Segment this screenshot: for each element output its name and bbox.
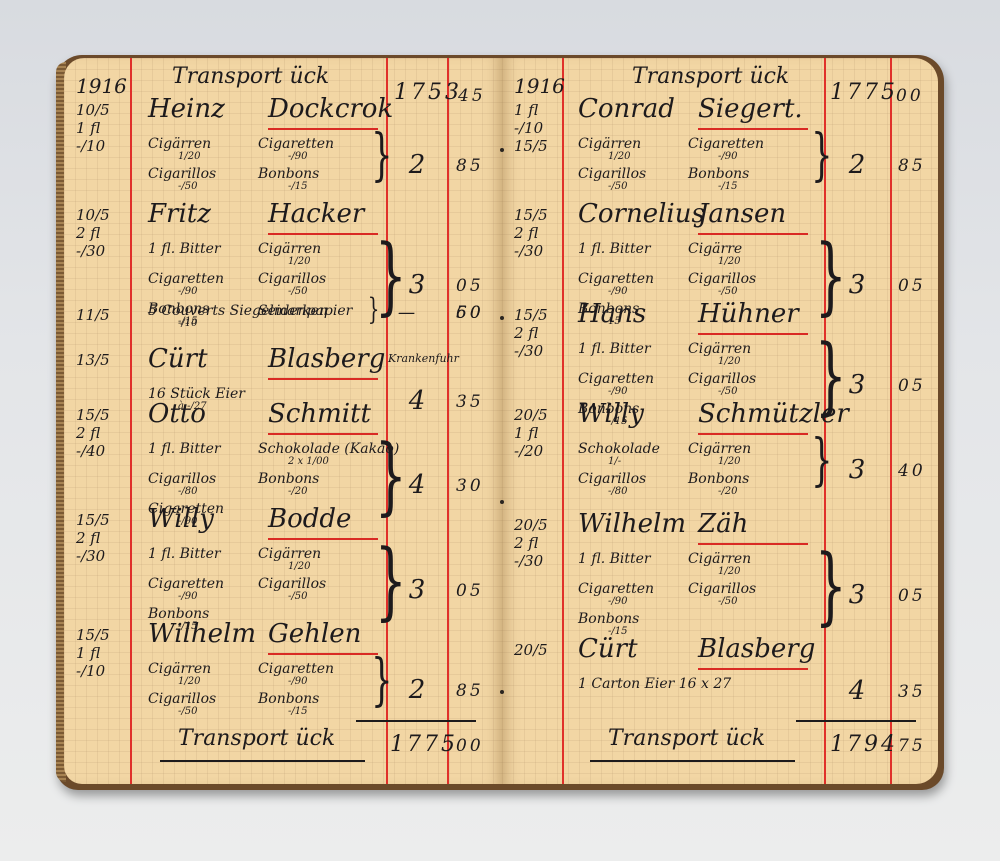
entry-total-pfennig: 05 <box>898 376 926 396</box>
carry-out-marks: 1794 <box>830 732 898 757</box>
line-item-name: Cigaretten <box>578 271 654 287</box>
line-item-price: -/15 <box>288 181 307 192</box>
entry-date: 1 fl <box>514 425 538 441</box>
line-item-name: Cigaretten <box>578 371 654 387</box>
label-underline <box>590 760 795 762</box>
line-item-name: Cigärre <box>688 241 742 257</box>
line-item-price: 1/20 <box>608 151 630 162</box>
line-item-name: Bonbons <box>688 471 749 487</box>
line-item-pfennig: 60 <box>456 303 484 323</box>
binding-stitch <box>500 316 504 320</box>
line-item-name: 1 fl. Bitter <box>578 551 651 567</box>
line-item-price: -/50 <box>718 286 737 297</box>
line-item-name: Cigärren <box>258 546 321 562</box>
name-underline <box>698 433 808 435</box>
name-underline <box>698 233 808 235</box>
entry-total-marks: 3 <box>392 575 442 605</box>
line-item-price: -/90 <box>608 386 627 397</box>
entry-date: 20/5 <box>514 407 548 423</box>
line-item-price: -/10 <box>178 318 197 329</box>
entry-date: -/30 <box>514 243 543 259</box>
line-item-name: Cigaretten <box>688 136 764 152</box>
entry-total-pfennig: 40 <box>898 461 926 481</box>
line-item-price: -/50 <box>178 706 197 717</box>
customer-first-name: Fritz <box>148 199 211 229</box>
customer-last-name: Jansen <box>698 199 786 229</box>
entry-date: 11/5 <box>76 307 110 323</box>
line-item-price: -/90 <box>178 591 197 602</box>
entry-total-pfennig: 05 <box>898 586 926 606</box>
line-item-name: Bonbons <box>258 166 319 182</box>
entry-total-marks: 4 <box>832 676 882 706</box>
label-underline <box>160 760 365 762</box>
entry-total-marks: 3 <box>392 270 442 300</box>
entry-date: 2 fl <box>514 325 538 341</box>
entry-date: -/30 <box>76 243 105 259</box>
entry-total-pfennig: 35 <box>456 392 484 412</box>
pfennig-column-rule <box>447 58 449 784</box>
line-item-marks: — <box>398 303 418 323</box>
name-underline <box>268 233 378 235</box>
customer-first-name: Willy <box>148 504 214 534</box>
entry-date: 2 fl <box>76 225 100 241</box>
entry-total-pfennig: 05 <box>456 581 484 601</box>
line-item-price: -/80 <box>608 486 627 497</box>
entry-date: -/10 <box>514 120 543 136</box>
entry-total-pfennig: 35 <box>898 682 926 702</box>
line-item-name: 1 fl. Bitter <box>148 546 221 562</box>
year: 1916 <box>514 78 565 94</box>
customer-last-name: Bodde <box>268 504 351 534</box>
customer-last-name: Blasberg <box>698 634 815 664</box>
entry-date: 2 fl <box>76 530 100 546</box>
entry-total-marks: 2 <box>392 150 442 180</box>
entry-total-marks: 4 <box>392 386 442 416</box>
entry-date: -/30 <box>514 553 543 569</box>
grouping-brace: } <box>811 433 832 489</box>
line-item-name: 1 fl. Bitter <box>578 341 651 357</box>
entry-date: 10/5 <box>76 102 110 118</box>
line-item-name: Cigärren <box>258 241 321 257</box>
line-item-name: Cigarillos <box>148 166 216 182</box>
line-item-price: 1/20 <box>718 256 740 267</box>
line-item-price: -/90 <box>178 286 197 297</box>
customer-last-name: Dockcrok <box>268 94 393 124</box>
entry-total-marks: 3 <box>832 580 882 610</box>
left-page: 1916 Transport ück 1753 45 10/51 fl-/10H… <box>64 58 502 784</box>
line-item-price: 1/20 <box>718 456 740 467</box>
line-item-price: -/15 <box>718 181 737 192</box>
carry-out-label: Transport ück <box>608 726 765 751</box>
customer-first-name: Heinz <box>148 94 225 124</box>
entry-date: 13/5 <box>76 352 110 368</box>
carry-in-marks: 1753 <box>394 80 462 105</box>
entry-date: -/30 <box>514 343 543 359</box>
entry-total-pfennig: 30 <box>456 476 484 496</box>
line-item-price: -/50 <box>288 591 307 602</box>
entry-date: 15/5 <box>514 138 548 154</box>
line-item-name: Cigaretten <box>258 136 334 152</box>
line-item-price: -/80 <box>178 486 197 497</box>
line-item-price: -/90 <box>718 151 737 162</box>
line-item-name: Cigärren <box>148 136 211 152</box>
line-item-name: Cigaretten <box>578 581 654 597</box>
entry-date: 20/5 <box>514 517 548 533</box>
entry-date: 10/5 <box>76 207 110 223</box>
entry-date: -/10 <box>76 663 105 679</box>
grouping-brace: } <box>371 128 392 184</box>
binding-stitch <box>500 690 504 694</box>
line-item-name: Cigarillos <box>148 471 216 487</box>
line-item-price: -/50 <box>178 181 197 192</box>
line-item-name: Cigarillos <box>258 271 326 287</box>
line-item-name: Cigärren <box>688 341 751 357</box>
line-item-price: -/90 <box>608 596 627 607</box>
customer-last-name: Siegert. <box>698 94 803 124</box>
customer-first-name: Cürt <box>148 344 208 374</box>
entry-date: 15/5 <box>76 407 110 423</box>
line-item-name: Cigarillos <box>148 691 216 707</box>
line-item-name: Cigarillos <box>578 166 646 182</box>
right-page: 1916 Transport ück 1775 00 1 fl-/1015/5C… <box>502 58 938 784</box>
binding-stitch <box>500 148 504 152</box>
grouping-brace: } <box>371 653 392 709</box>
line-item-name: Bonbons <box>688 166 749 182</box>
margin-rule <box>562 58 564 784</box>
line-item-name: Seidenpapier <box>258 303 352 319</box>
entry-date: 1 fl <box>514 102 538 118</box>
year: 1916 <box>76 78 127 94</box>
line-item-price: -/90 <box>608 286 627 297</box>
entry-date: -/40 <box>76 443 105 459</box>
line-item-name: Cigärren <box>688 551 751 567</box>
carry-out-pfennig: 75 <box>898 736 926 756</box>
carry-in-label: Transport ück <box>632 64 789 89</box>
line-item-name: 1 fl. Bitter <box>578 241 651 257</box>
name-underline <box>698 543 808 545</box>
carry-out-pfennig: 00 <box>456 736 484 756</box>
line-item-price: -/50 <box>718 596 737 607</box>
name-underline <box>698 128 808 130</box>
line-item-name: Cigärren <box>688 441 751 457</box>
entry-total-pfennig: 05 <box>456 276 484 296</box>
line-item-name: Cigaretten <box>148 271 224 287</box>
line-item-name: Bonbons <box>258 691 319 707</box>
name-underline <box>268 128 378 130</box>
entry-date: -/10 <box>76 138 105 154</box>
customer-first-name: Willy <box>578 399 644 429</box>
line-item-name: Bonbons <box>578 611 639 627</box>
entry-total-marks: 3 <box>832 370 882 400</box>
margin-rule <box>130 58 132 784</box>
line-item-name: Cigarillos <box>578 471 646 487</box>
line-item-name: Schokolade <box>578 441 660 457</box>
grouping-brace: } <box>368 295 379 325</box>
name-underline <box>268 378 378 380</box>
customer-first-name: Conrad <box>578 94 675 124</box>
customer-last-name: Schmützler <box>698 399 849 429</box>
entry-date: 1 fl <box>76 645 100 661</box>
entry-date: 15/5 <box>76 627 110 643</box>
customer-note: Krankenfuhr <box>388 352 459 365</box>
entry-total-pfennig: 85 <box>898 156 926 176</box>
line-item-name: Cigarillos <box>258 576 326 592</box>
customer-last-name: Blasberg <box>268 344 385 374</box>
line-item-price: -/15 <box>288 706 307 717</box>
customer-first-name: Cornelius <box>578 199 705 229</box>
carry-out-label: Transport ück <box>178 726 335 751</box>
entry-date: 20/5 <box>514 642 548 658</box>
line-item-name: Cigaretten <box>148 576 224 592</box>
line-item-name: Cigarillos <box>688 271 756 287</box>
grouping-brace: } <box>811 128 832 184</box>
entry-total-pfennig: 85 <box>456 156 484 176</box>
customer-last-name: Hühner <box>698 299 799 329</box>
line-item-price: 1/- <box>608 456 621 467</box>
line-item-name: Bonbons <box>258 471 319 487</box>
customer-last-name: Gehlen <box>268 619 361 649</box>
name-underline <box>268 538 378 540</box>
line-item-name: 1 fl. Bitter <box>148 241 221 257</box>
line-item-price: -/50 <box>288 286 307 297</box>
pfennig-column-rule <box>890 58 892 784</box>
line-item-price: -/50 <box>718 386 737 397</box>
customer-first-name: Wilhelm <box>148 619 256 649</box>
line-item-name: Cigärren <box>578 136 641 152</box>
entry-total-marks: 4 <box>392 470 442 500</box>
entry-total-marks: 3 <box>832 455 882 485</box>
line-item-price: 1/20 <box>288 256 310 267</box>
customer-last-name: Hacker <box>268 199 364 229</box>
customer-last-name: Zäh <box>698 509 748 539</box>
entry-date: 2 fl <box>76 425 100 441</box>
line-item-price: -/20 <box>288 486 307 497</box>
line-item-price: -/50 <box>608 181 627 192</box>
sum-rule <box>796 720 916 722</box>
entry-total-marks: 2 <box>832 150 882 180</box>
carry-in-pfennig: 00 <box>896 86 924 106</box>
customer-first-name: Wilhelm <box>578 509 686 539</box>
customer-first-name: Cürt <box>578 634 638 664</box>
line-item-name: Cigarillos <box>688 581 756 597</box>
carry-in-pfennig: 45 <box>458 86 486 106</box>
entry-date: 1 fl <box>76 120 100 136</box>
line-item-name: Cigarillos <box>688 371 756 387</box>
entry-date: 15/5 <box>76 512 110 528</box>
entry-date: 15/5 <box>514 207 548 223</box>
name-underline <box>268 653 378 655</box>
line-item-price: 1/20 <box>288 561 310 572</box>
line-item-name: 1 fl. Bitter <box>148 441 221 457</box>
entry-date: 2 fl <box>514 225 538 241</box>
line-item-price: -/90 <box>288 151 307 162</box>
name-underline <box>698 668 808 670</box>
carry-in-marks: 1775 <box>830 80 898 105</box>
line-item-price: 1/20 <box>178 151 200 162</box>
line-item-price: -/90 <box>288 676 307 687</box>
customer-first-name: Otto <box>148 399 206 429</box>
line-item-name: Cigärren <box>148 661 211 677</box>
sum-rule <box>356 720 476 722</box>
entry-total-pfennig: 05 <box>898 276 926 296</box>
entry-total-pfennig: 85 <box>456 681 484 701</box>
customer-first-name: Hans <box>578 299 646 329</box>
entry-date: -/30 <box>76 548 105 564</box>
line-item-price: 1/20 <box>718 566 740 577</box>
customer-last-name: Schmitt <box>268 399 371 429</box>
name-underline <box>698 333 808 335</box>
line-item-name: 1 Carton Eier 16 x 27 <box>578 676 731 692</box>
carry-out-marks: 1775 <box>390 732 458 757</box>
entry-date: 15/5 <box>514 307 548 323</box>
entry-date: -/20 <box>514 443 543 459</box>
line-item-price: 1/20 <box>718 356 740 367</box>
carry-in-label: Transport ück <box>172 64 329 89</box>
binding-stitch <box>500 500 504 504</box>
line-item-name: Cigaretten <box>258 661 334 677</box>
line-item-price: -/20 <box>718 486 737 497</box>
entry-total-marks: 3 <box>832 270 882 300</box>
entry-date: 2 fl <box>514 535 538 551</box>
entry-total-marks: 2 <box>392 675 442 705</box>
name-underline <box>268 433 378 435</box>
line-item-price: 2 x 1/00 <box>288 456 329 467</box>
line-item-price: 1/20 <box>178 676 200 687</box>
